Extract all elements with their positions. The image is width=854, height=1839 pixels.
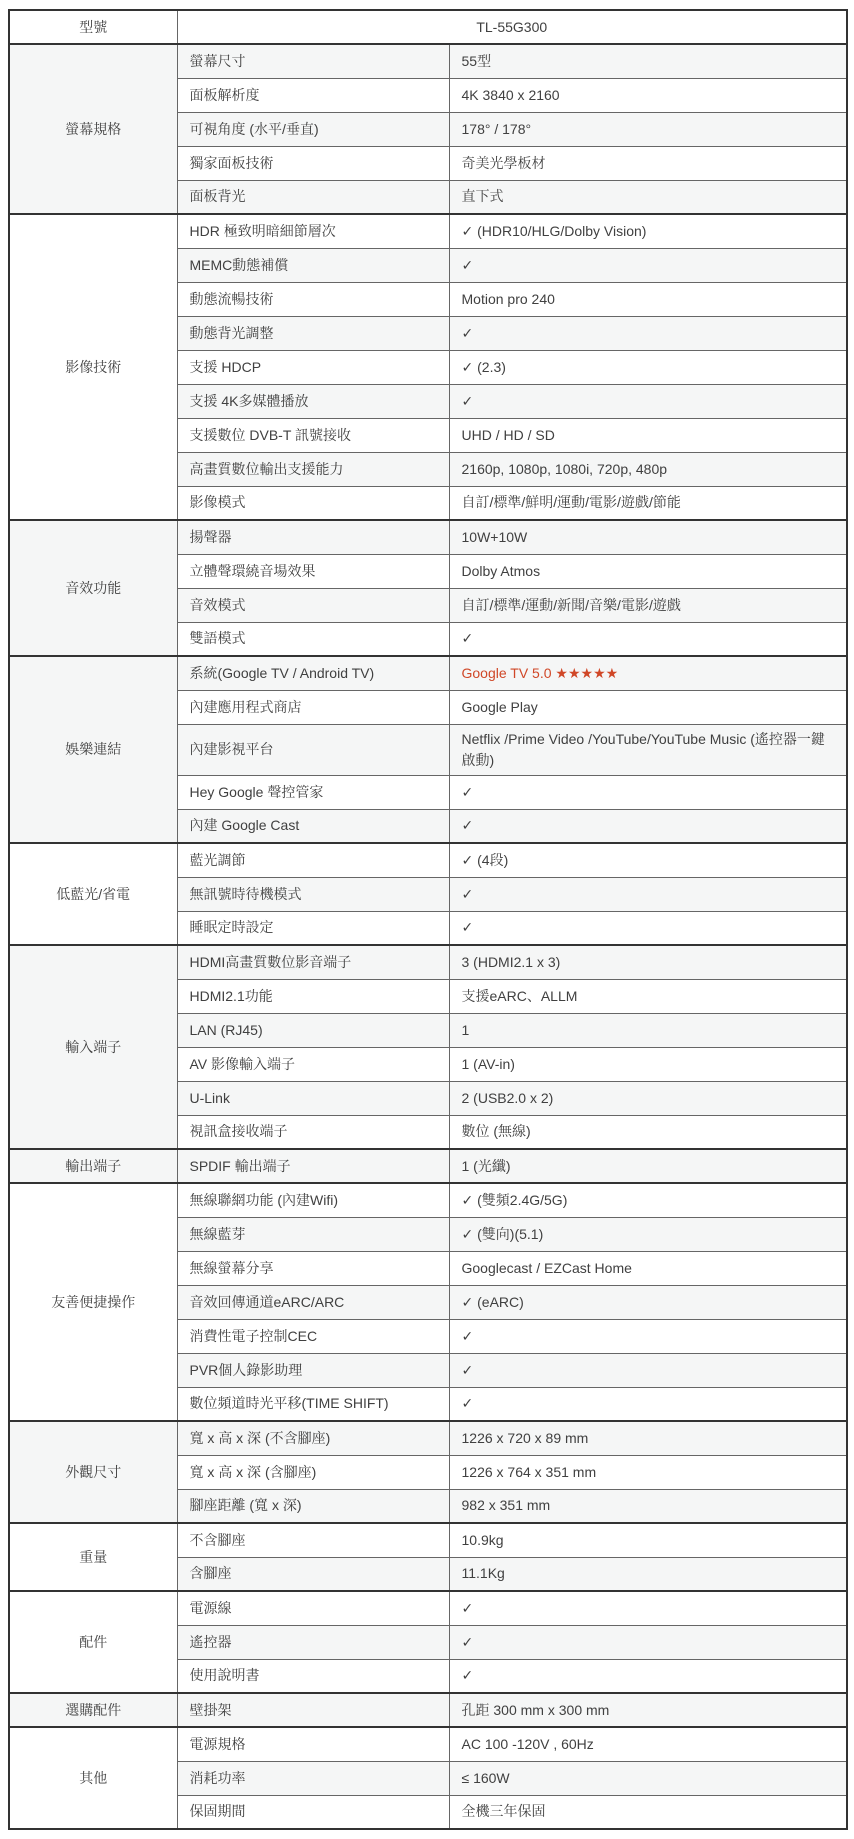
spec-value-cell: 1226 x 720 x 89 mm [449,1421,847,1455]
spec-label-cell: 內建應用程式商店 [177,690,449,724]
spec-row: 影像技術HDR 極致明暗細節層次✓ (HDR10/HLG/Dolby Visio… [9,214,847,248]
spec-row: 外觀尺寸寬 x 高 x 深 (不含腳座)1226 x 720 x 89 mm [9,1421,847,1455]
spec-label-cell: 電源線 [177,1591,449,1625]
spec-value-cell: ✓ [449,1319,847,1353]
spec-label-cell: 無線聯網功能 (內建Wifi) [177,1183,449,1217]
spec-label-cell: 無線螢幕分享 [177,1251,449,1285]
spec-row: 友善便捷操作無線聯網功能 (內建Wifi)✓ (雙頻2.4G/5G) [9,1183,847,1217]
spec-value-cell: 自訂/標準/運動/新聞/音樂/電影/遊戲 [449,588,847,622]
spec-value-cell: 孔距 300 mm x 300 mm [449,1693,847,1727]
spec-value-cell: ✓ [449,877,847,911]
spec-label-cell: 保固期間 [177,1795,449,1829]
spec-value-cell: Google Play [449,690,847,724]
category-cell: 音效功能 [9,520,177,656]
spec-row: 音效功能揚聲器10W+10W [9,520,847,554]
spec-value-cell: ✓ (雙向)(5.1) [449,1217,847,1251]
category-cell: 輸入端子 [9,945,177,1149]
spec-label-cell: LAN (RJ45) [177,1013,449,1047]
spec-row: 螢幕規格螢幕尺寸55型 [9,44,847,78]
spec-value-cell: 數位 (無線) [449,1115,847,1149]
spec-value-cell: ✓ [449,248,847,282]
spec-label-cell: 面板背光 [177,180,449,214]
spec-label-cell: 影像模式 [177,486,449,520]
spec-value-cell: ✓ [449,1591,847,1625]
spec-value-cell: ✓ [449,316,847,350]
spec-label-cell: HDR 極致明暗細節層次 [177,214,449,248]
model-value-cell: TL-55G300 [177,10,847,44]
spec-label-cell: 動態流暢技術 [177,282,449,316]
spec-value-cell: ✓ [449,775,847,809]
spec-value-cell: 10.9kg [449,1523,847,1557]
spec-label-cell: 可視角度 (水平/垂直) [177,112,449,146]
spec-value-cell: 1 (AV-in) [449,1047,847,1081]
spec-label-cell: 寬 x 高 x 深 (不含腳座) [177,1421,449,1455]
spec-value-cell: Googlecast / EZCast Home [449,1251,847,1285]
spec-label-cell: PVR個人錄影助理 [177,1353,449,1387]
spec-label-cell: 寬 x 高 x 深 (含腳座) [177,1455,449,1489]
spec-value-cell: 直下式 [449,180,847,214]
spec-label-cell: 動態背光調整 [177,316,449,350]
spec-label-cell: 無線藍芽 [177,1217,449,1251]
category-cell: 友善便捷操作 [9,1183,177,1421]
spec-value-cell: ✓ (2.3) [449,350,847,384]
category-cell: 影像技術 [9,214,177,520]
spec-value-cell: UHD / HD / SD [449,418,847,452]
spec-value-cell: Netflix /Prime Video /YouTube/YouTube Mu… [449,724,847,775]
model-label-cell: 型號 [9,10,177,44]
spec-value-cell: ✓ [449,809,847,843]
spec-value-cell: Motion pro 240 [449,282,847,316]
spec-label-cell: 螢幕尺寸 [177,44,449,78]
category-cell: 低藍光/省電 [9,843,177,945]
spec-label-cell: 支援 4K多媒體播放 [177,384,449,418]
category-cell: 配件 [9,1591,177,1693]
spec-row: 選購配件壁掛架孔距 300 mm x 300 mm [9,1693,847,1727]
spec-value-cell: 全機三年保固 [449,1795,847,1829]
spec-value-cell: ✓ (eARC) [449,1285,847,1319]
spec-label-cell: 壁掛架 [177,1693,449,1727]
spec-value-cell: 4K 3840 x 2160 [449,78,847,112]
spec-value-cell: ✓ (HDR10/HLG/Dolby Vision) [449,214,847,248]
spec-label-cell: 雙語模式 [177,622,449,656]
spec-value-cell: 55型 [449,44,847,78]
spec-value-cell: ✓ [449,622,847,656]
spec-value-cell: 2160p, 1080p, 1080i, 720p, 480p [449,452,847,486]
spec-table-body: 型號 TL-55G300 螢幕規格螢幕尺寸55型面板解析度4K 3840 x 2… [9,10,847,1829]
spec-value-cell-accent: Google TV 5.0 ★★★★★ [449,656,847,690]
category-cell: 螢幕規格 [9,44,177,214]
spec-value-cell: 1226 x 764 x 351 mm [449,1455,847,1489]
spec-label-cell: 支援數位 DVB-T 訊號接收 [177,418,449,452]
category-cell: 娛樂連結 [9,656,177,843]
spec-label-cell: 系統(Google TV / Android TV) [177,656,449,690]
spec-label-cell: 音效模式 [177,588,449,622]
spec-value-cell: 奇美光學板材 [449,146,847,180]
spec-value-cell: ✓ [449,1353,847,1387]
spec-label-cell: 揚聲器 [177,520,449,554]
spec-label-cell: 面板解析度 [177,78,449,112]
spec-row: 輸出端子SPDIF 輸出端子1 (光纖) [9,1149,847,1183]
spec-page: 型號 TL-55G300 螢幕規格螢幕尺寸55型面板解析度4K 3840 x 2… [0,0,854,1839]
spec-label-cell: 獨家面板技術 [177,146,449,180]
spec-label-cell: AV 影像輸入端子 [177,1047,449,1081]
spec-label-cell: 使用說明書 [177,1659,449,1693]
spec-row: 配件電源線✓ [9,1591,847,1625]
spec-label-cell: 視訊盒接收端子 [177,1115,449,1149]
spec-label-cell: HDMI高畫質數位影音端子 [177,945,449,979]
spec-value-cell: 2 (USB2.0 x 2) [449,1081,847,1115]
spec-value-cell: ✓ [449,384,847,418]
spec-value-cell: Dolby Atmos [449,554,847,588]
spec-label-cell: U-Link [177,1081,449,1115]
spec-label-cell: HDMI2.1功能 [177,979,449,1013]
spec-value-cell: ✓ [449,1625,847,1659]
spec-label-cell: 腳座距離 (寬 x 深) [177,1489,449,1523]
spec-value-cell: ✓ (4段) [449,843,847,877]
spec-value-cell: 支援eARC、ALLM [449,979,847,1013]
spec-label-cell: MEMC動態補償 [177,248,449,282]
spec-row: 低藍光/省電藍光調節✓ (4段) [9,843,847,877]
spec-value-cell: ✓ [449,911,847,945]
spec-value-cell: 自訂/標準/鮮明/運動/電影/遊戲/節能 [449,486,847,520]
spec-label-cell: 含腳座 [177,1557,449,1591]
spec-label-cell: Hey Google 聲控管家 [177,775,449,809]
spec-label-cell: 數位頻道時光平移(TIME SHIFT) [177,1387,449,1421]
spec-value-cell: 982 x 351 mm [449,1489,847,1523]
category-cell: 選購配件 [9,1693,177,1727]
spec-label-cell: 消費性電子控制CEC [177,1319,449,1353]
spec-label-cell: 立體聲環繞音場效果 [177,554,449,588]
spec-label-cell: 內建 Google Cast [177,809,449,843]
spec-value-cell: 1 (光纖) [449,1149,847,1183]
spec-table: 型號 TL-55G300 螢幕規格螢幕尺寸55型面板解析度4K 3840 x 2… [8,9,848,1830]
spec-row: 輸入端子HDMI高畫質數位影音端子3 (HDMI2.1 x 3) [9,945,847,979]
spec-label-cell: 高畫質數位輸出支援能力 [177,452,449,486]
spec-value-cell: ✓ (雙頻2.4G/5G) [449,1183,847,1217]
spec-label-cell: SPDIF 輸出端子 [177,1149,449,1183]
spec-value-cell: 1 [449,1013,847,1047]
spec-value-cell: ≤ 160W [449,1761,847,1795]
spec-label-cell: 藍光調節 [177,843,449,877]
spec-value-cell: 10W+10W [449,520,847,554]
spec-label-cell: 遙控器 [177,1625,449,1659]
spec-value-cell: 3 (HDMI2.1 x 3) [449,945,847,979]
category-cell: 外觀尺寸 [9,1421,177,1523]
spec-row: 重量不含腳座10.9kg [9,1523,847,1557]
spec-label-cell: 電源規格 [177,1727,449,1761]
spec-row: 娛樂連結系統(Google TV / Android TV)Google TV … [9,656,847,690]
spec-label-cell: 內建影視平台 [177,724,449,775]
category-cell: 輸出端子 [9,1149,177,1183]
spec-label-cell: 消耗功率 [177,1761,449,1795]
spec-label-cell: 不含腳座 [177,1523,449,1557]
category-cell: 重量 [9,1523,177,1591]
spec-value-cell: 178° / 178° [449,112,847,146]
spec-value-cell: 11.1Kg [449,1557,847,1591]
spec-value-cell: ✓ [449,1659,847,1693]
spec-row: 其他電源規格AC 100 -120V , 60Hz [9,1727,847,1761]
category-cell: 其他 [9,1727,177,1829]
spec-label-cell: 音效回傳通道eARC/ARC [177,1285,449,1319]
spec-value-cell: ✓ [449,1387,847,1421]
spec-label-cell: 無訊號時待機模式 [177,877,449,911]
spec-label-cell: 睡眠定時設定 [177,911,449,945]
spec-value-cell: AC 100 -120V , 60Hz [449,1727,847,1761]
spec-label-cell: 支援 HDCP [177,350,449,384]
model-row: 型號 TL-55G300 [9,10,847,44]
